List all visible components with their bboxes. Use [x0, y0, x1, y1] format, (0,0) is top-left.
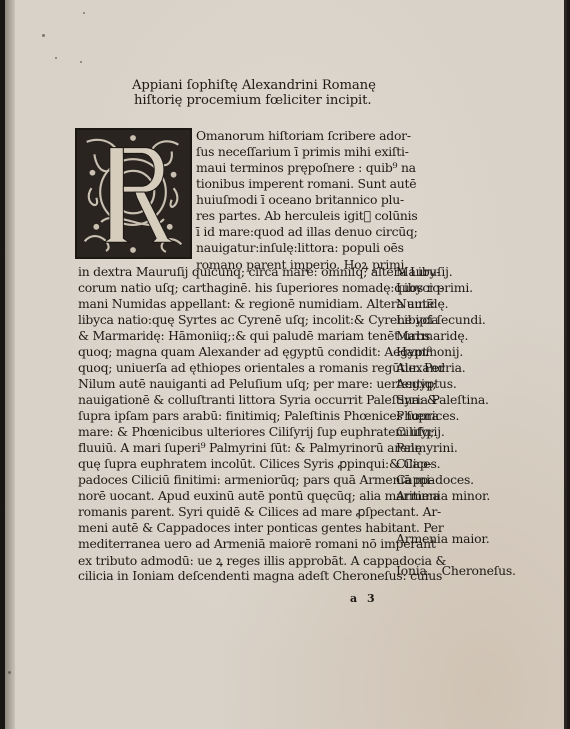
text-line: mani Numidas appellant: & regionē numidi…: [78, 296, 434, 311]
text-line: ſus neceſſarium ī primis mihi exiſti-: [196, 144, 409, 159]
page-edge: [564, 0, 567, 729]
marginal-gloss: Hammonij.: [396, 344, 463, 359]
ink-speck: [8, 671, 11, 674]
heading-line-2: hiſtorię procemium fœliciter incipit.: [132, 93, 376, 108]
text-line: meni autē & Cappadoces inter ponticas ge…: [78, 520, 444, 535]
text-line: nauigationē & colluſtranti littora Syria…: [78, 392, 438, 407]
gutter-shadow: [5, 0, 15, 729]
text-line: quoq; uniuerſa ad ęthiopes orientales a …: [78, 360, 444, 375]
text-line: ex tributo admodū: ue ꝝ reges illis appr…: [78, 552, 446, 569]
text-line: cilicia in Ioniam deſcendenti magna adeſ…: [78, 568, 442, 583]
marginal-gloss: Libyci ſecundi.: [396, 312, 486, 327]
text-line: in dextra Mauruſij quicunq; circa mare: …: [78, 264, 440, 279]
text-line: norē uocant. Apud euxinū autē pontū quęc…: [78, 488, 440, 503]
marginal-gloss: Armenia maior.: [396, 531, 489, 546]
text-line: fluuiū. A mari ſuperi⁹ Palmyrini ſūt: & …: [78, 440, 422, 455]
marginal-gloss: Phœnices.: [396, 408, 459, 423]
text-line: nauigatur:inſulę:littora: populi oēs: [196, 240, 404, 255]
woodcut-initial-r: [75, 128, 192, 259]
marginal-gloss: Syria Paleſtina.: [396, 392, 489, 407]
marginal-gloss: Ionia. Cheroneſus.: [396, 563, 516, 578]
heading-line-1: Appiani ſophiſtę Alexandrini Romanę: [132, 78, 376, 93]
decorated-initial-icon: [77, 130, 190, 257]
text-line: corum natio uſq; carthaginē. his ſuperio…: [78, 280, 443, 295]
text-line: ī id mare:quod ad illas denuo circūq;: [196, 224, 418, 239]
ink-speck: [55, 57, 57, 59]
incipit-heading: Appiani ſophiſtę Alexandrini Romanę hiſt…: [132, 78, 376, 108]
signature-mark: a 3: [350, 592, 378, 605]
marginal-gloss: Mauruſij.: [396, 264, 453, 279]
ink-speck: [80, 61, 82, 63]
text-line: Nilum autē nauiganti ad Peluſium uſq; pe…: [78, 376, 436, 391]
text-line: res partes. Ab herculeis igit᷑ colūnis: [196, 208, 417, 223]
marginal-gloss: Cilices.: [396, 456, 440, 471]
text-line: mare: & Phœnicibus ulteriores Ciliſyrij …: [78, 424, 434, 439]
text-line: huiuſmodi ī oceano britannico plu-: [196, 192, 404, 207]
marginal-gloss: Aegyptus.: [396, 376, 457, 391]
text-line: Omanorum hiſtoriam ſcribere ador-: [196, 128, 411, 143]
marginal-gloss: Ciliſyrij.: [396, 424, 445, 439]
ink-speck: [83, 12, 85, 14]
book-page: Appiani ſophiſtę Alexandrini Romanę hiſt…: [5, 0, 567, 729]
marginal-gloss: Marmaridę.: [396, 328, 468, 343]
marginal-gloss: Armenia minor.: [396, 488, 490, 503]
marginal-gloss: Palmyrini.: [396, 440, 458, 455]
text-line: ſupra ipſam pars arabū: finitimiq; Paleſ…: [78, 408, 439, 423]
text-line: & Marmaridę: Hāmoniiq;:& qui paludē mari…: [78, 328, 430, 343]
text-line: maui terminos prępoſnere : quib⁹ na: [196, 160, 416, 175]
text-line: quoq; magna quam Alexander ad ęgyptū con…: [78, 344, 432, 359]
text-line: padoces Ciliciū finitimi: armeniorūq; pa…: [78, 472, 434, 487]
text-line: romanis parent. Syri quidē & Cilices ad …: [78, 504, 441, 519]
marginal-gloss: Numidę.: [396, 296, 448, 311]
marginal-gloss: Libyci primi.: [396, 280, 473, 295]
ink-speck: [42, 34, 45, 37]
text-line: libyca natio:quę Syrtes ac Cyrenē uſq; i…: [78, 312, 438, 327]
text-line: tionibus imperent romani. Sunt autē: [196, 176, 416, 191]
text-line: quę ſupra euphratem incolūt. Cilices Syr…: [78, 456, 431, 471]
marginal-gloss: Alexandria.: [396, 360, 466, 375]
text-line: mediterranea uero ad Armeniā maiorē roma…: [78, 536, 436, 551]
marginal-gloss: Cappadoces.: [396, 472, 474, 487]
